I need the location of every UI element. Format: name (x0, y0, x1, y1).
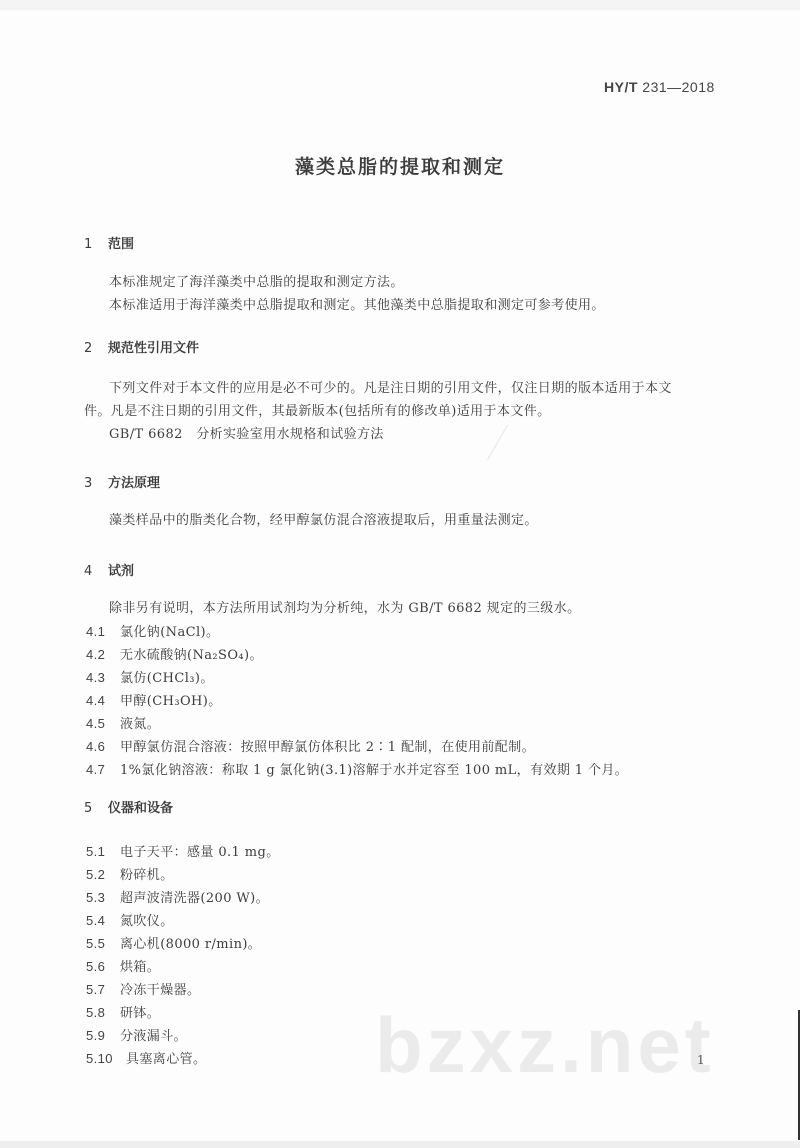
paragraph: 本标准适用于海洋藻类中总脂提取和测定。其他藻类中总脂提取和测定可参考使用。 (109, 294, 605, 313)
section-title: 试剂 (108, 564, 134, 579)
section-number: 5 (84, 801, 108, 816)
list-item: 4.1氯化钠(NaCl)。 (86, 621, 219, 640)
page-number: 1 (697, 1053, 705, 1067)
list-item: 5.5离心机(8000 r/min)。 (86, 933, 261, 952)
paragraph: 藻类样品中的脂类化合物，经甲醇氯仿混合溶液提取后，用重量法测定。 (109, 509, 538, 528)
section-number: 3 (84, 476, 108, 491)
paragraph: 除非另有说明，本方法所用试剂均为分析纯，水为 GB/T 6682 规定的三级水。 (109, 597, 580, 616)
section-heading-2: 2规范性引用文件 (84, 337, 199, 356)
standard-number: 231—2018 (642, 79, 715, 95)
section-title: 规范性引用文件 (108, 341, 199, 356)
list-item: 4.4甲醇(CH₃OH)。 (86, 690, 222, 709)
watermark: bzxz.net (375, 1000, 715, 1091)
list-item: 5.1电子天平：感量 0.1 mg。 (86, 841, 280, 860)
list-item: 5.8研钵。 (86, 1002, 160, 1021)
document-page: HY/T 231—2018 藻类总脂的提取和测定 1范围 本标准规定了海洋藻类中… (0, 0, 800, 1148)
paragraph: 件。凡是不注日期的引用文件，其最新版本(包括所有的修改单)适用于本文件。 (84, 400, 551, 419)
list-item: 5.7冷冻干燥器。 (86, 979, 200, 998)
paragraph: 下列文件对于本文件的应用是必不可少的。凡是注日期的引用文件，仅注日期的版本适用于… (109, 377, 672, 396)
list-item: 5.10具塞离心管。 (86, 1048, 206, 1067)
list-item: 4.71%氯化钠溶液：称取 1 g 氯化钠(3.1)溶解于水并定容至 100 m… (86, 759, 628, 778)
list-item: 4.3氯仿(CHCl₃)。 (86, 667, 214, 686)
list-item: 4.5液氮。 (86, 713, 160, 732)
section-title: 范围 (108, 237, 134, 252)
scan-top-shade (0, 0, 800, 10)
section-number: 4 (84, 564, 108, 579)
section-title: 仪器和设备 (108, 801, 173, 816)
list-item: 5.9分液漏斗。 (86, 1025, 187, 1044)
list-item: 4.2无水硫酸钠(Na₂SO₄)。 (86, 644, 263, 663)
list-item: 5.3超声波清洗器(200 W)。 (86, 887, 269, 906)
scan-bottom-shade (0, 1141, 800, 1148)
list-item: 5.6烘箱。 (86, 956, 160, 975)
section-heading-3: 3方法原理 (84, 472, 160, 491)
section-number: 2 (84, 341, 108, 356)
section-title: 方法原理 (108, 476, 160, 491)
list-item: 5.4氮吹仪。 (86, 910, 174, 929)
list-item: 5.2粉碎机。 (86, 864, 174, 883)
list-item: 4.6甲醇氯仿混合溶液：按照甲醇氯仿体积比 2∶1 配制，在使用前配制。 (86, 736, 535, 755)
section-heading-5: 5仪器和设备 (84, 797, 173, 816)
standard-prefix: HY/T (604, 79, 638, 95)
paragraph: 本标准规定了海洋藻类中总脂的提取和测定方法。 (109, 271, 404, 290)
standard-code: HY/T 231—2018 (604, 79, 715, 95)
document-title: 藻类总脂的提取和测定 (0, 152, 800, 179)
normative-reference: GB/T 6682 分析实验室用水规格和试验方法 (109, 423, 384, 442)
section-heading-1: 1范围 (84, 233, 134, 252)
section-number: 1 (84, 237, 108, 252)
section-heading-4: 4试剂 (84, 560, 134, 579)
scan-artifact (487, 425, 534, 475)
